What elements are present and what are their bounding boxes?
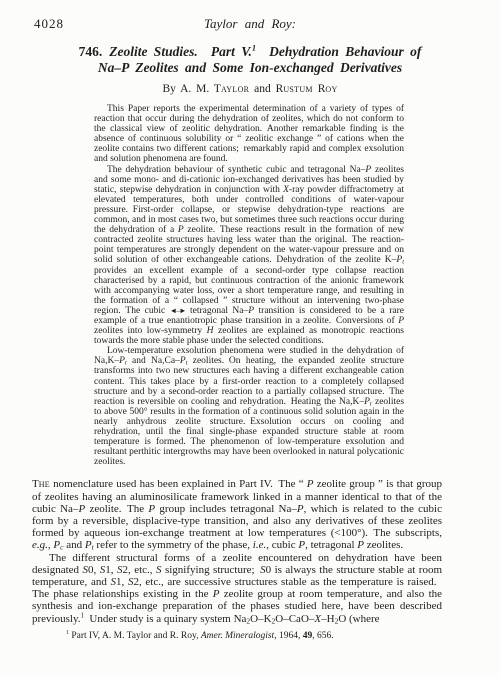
- article-number: 746.: [79, 44, 103, 59]
- article-title-block: 746.Zeolite Studies. Part V.1 Dehydratio…: [0, 44, 500, 76]
- running-head: Taylor and Roy:: [32, 16, 468, 32]
- abstract: This Paper reports the experimental dete…: [94, 104, 404, 467]
- article-title-line1: 746.Zeolite Studies. Part V.1 Dehydratio…: [0, 44, 500, 60]
- article-title-line2: Na–P Zeolites and Some Ion-exchanged Der…: [0, 60, 500, 76]
- byline: By A. M. Taylor and Rustum Roy: [0, 83, 500, 95]
- abstract-paragraph-1: This Paper reports the experimental dete…: [94, 104, 404, 165]
- article-title-text-1: Zeolite Studies. Part V.1 Dehydration Be…: [109, 44, 421, 59]
- journal-page: 4028 Taylor and Roy: 746.Zeolite Studies…: [0, 0, 500, 679]
- abstract-paragraph-3: Low-temperature exsolution phenomena wer…: [94, 346, 404, 467]
- page-number: 4028: [34, 16, 64, 32]
- body-paragraph-2: The different structural forms of a zeol…: [32, 552, 442, 625]
- body-text: The nomenclature used has been explained…: [32, 478, 442, 624]
- abstract-paragraph-2: The dehydration behaviour of synthetic c…: [94, 165, 404, 347]
- page-header: 4028 Taylor and Roy:: [32, 16, 468, 32]
- footnote: 1 Part IV, A. M. Taylor and R. Roy, Amer…: [32, 631, 442, 642]
- body-paragraph-1: The nomenclature used has been explained…: [32, 478, 442, 551]
